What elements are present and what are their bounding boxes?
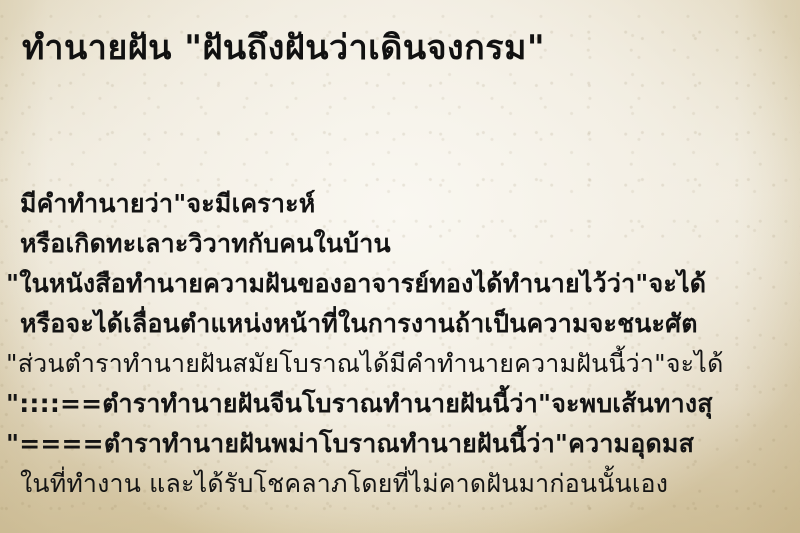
interpretation-text: มีคำทำนายว่า"จะมีเคราะห์ หรือเกิดทะเลาะว… <box>0 184 800 504</box>
text-line-burmese-texts: "====ตำราทำนายฝันพม่าโบราณทำนายฝันนี้ว่า… <box>0 424 800 464</box>
text-line-ajarn-thong-book: "ในหนังสือทำนายความฝันของอาจารย์ทองได้ทำ… <box>0 264 800 304</box>
text-line-promotion: หรือจะได้เลื่อนตำแหน่งหน้าที่ในการงานถ้า… <box>0 304 800 344</box>
text-line-household-quarrel: หรือเกิดทะเลาะวิวาทกับคนในบ้าน <box>0 224 800 264</box>
text-line-chinese-texts: "::::==ตำราทำนายฝันจีนโบราณทำนายฝันนี้ว่… <box>0 384 800 424</box>
dream-interpretation-page: ทำนายฝัน "ฝันถึงฝันว่าเดินจงกรม" มีคำทำน… <box>0 0 800 533</box>
text-line-prediction-misfortune: มีคำทำนายว่า"จะมีเคราะห์ <box>0 184 800 224</box>
page-title: ทำนายฝัน "ฝันถึงฝันว่าเดินจงกรม" <box>22 20 545 76</box>
text-line-ancient-texts: "ส่วนตำราทำนายฝันสมัยโบราณได้มีคำทำนายคว… <box>0 344 800 384</box>
text-line-cut-off-bottom: ในที่ทำงาน และได้รับโชคลาภโดยที่ไม่คาดฝั… <box>0 464 800 504</box>
